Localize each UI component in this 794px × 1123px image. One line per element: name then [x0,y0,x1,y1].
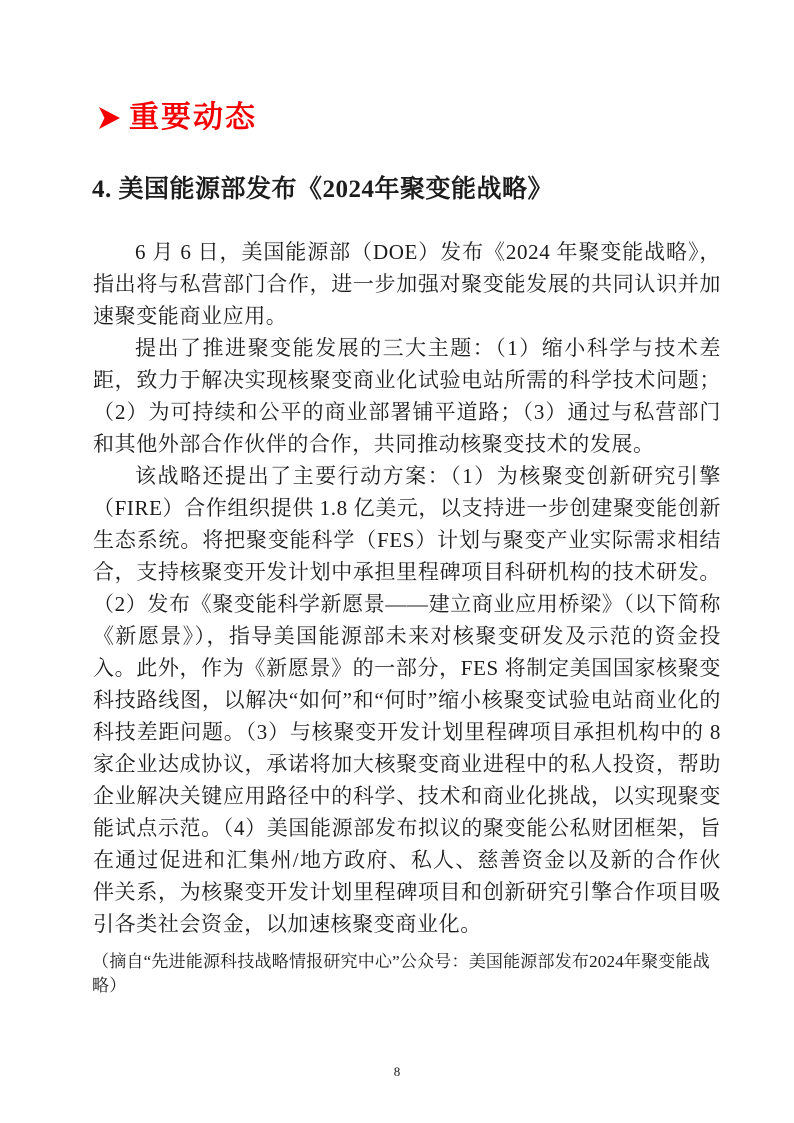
article-body: 6 月 6 日，美国能源部（DOE）发布《2024 年聚变能战略》，指出将与私营… [93,236,721,940]
section-header-label: 重要动态 [129,101,257,135]
right-arrowhead-bullet-icon [99,107,120,129]
document-page: 重要动态 4. 美国能源部发布《2024年聚变能战略》 6 月 6 日，美国能源… [0,0,794,1123]
section-header: 重要动态 [99,101,257,135]
source-note: （摘自“先进能源科技战略情报研究中心”公众号：美国能源部发布2024年聚变能战略… [92,950,732,998]
body-paragraph-3: 该战略还提出了主要行动方案：（1）为核聚变创新研究引擎（FIRE）合作组织提供 … [93,460,721,940]
page-number: 8 [0,1064,794,1080]
body-paragraph-1: 6 月 6 日，美国能源部（DOE）发布《2024 年聚变能战略》，指出将与私营… [93,236,721,332]
article-title: 4. 美国能源部发布《2024年聚变能战略》 [92,174,553,206]
body-paragraph-2: 提出了推进聚变能发展的三大主题：（1）缩小科学与技术差距，致力于解决实现核聚变商… [93,332,721,460]
